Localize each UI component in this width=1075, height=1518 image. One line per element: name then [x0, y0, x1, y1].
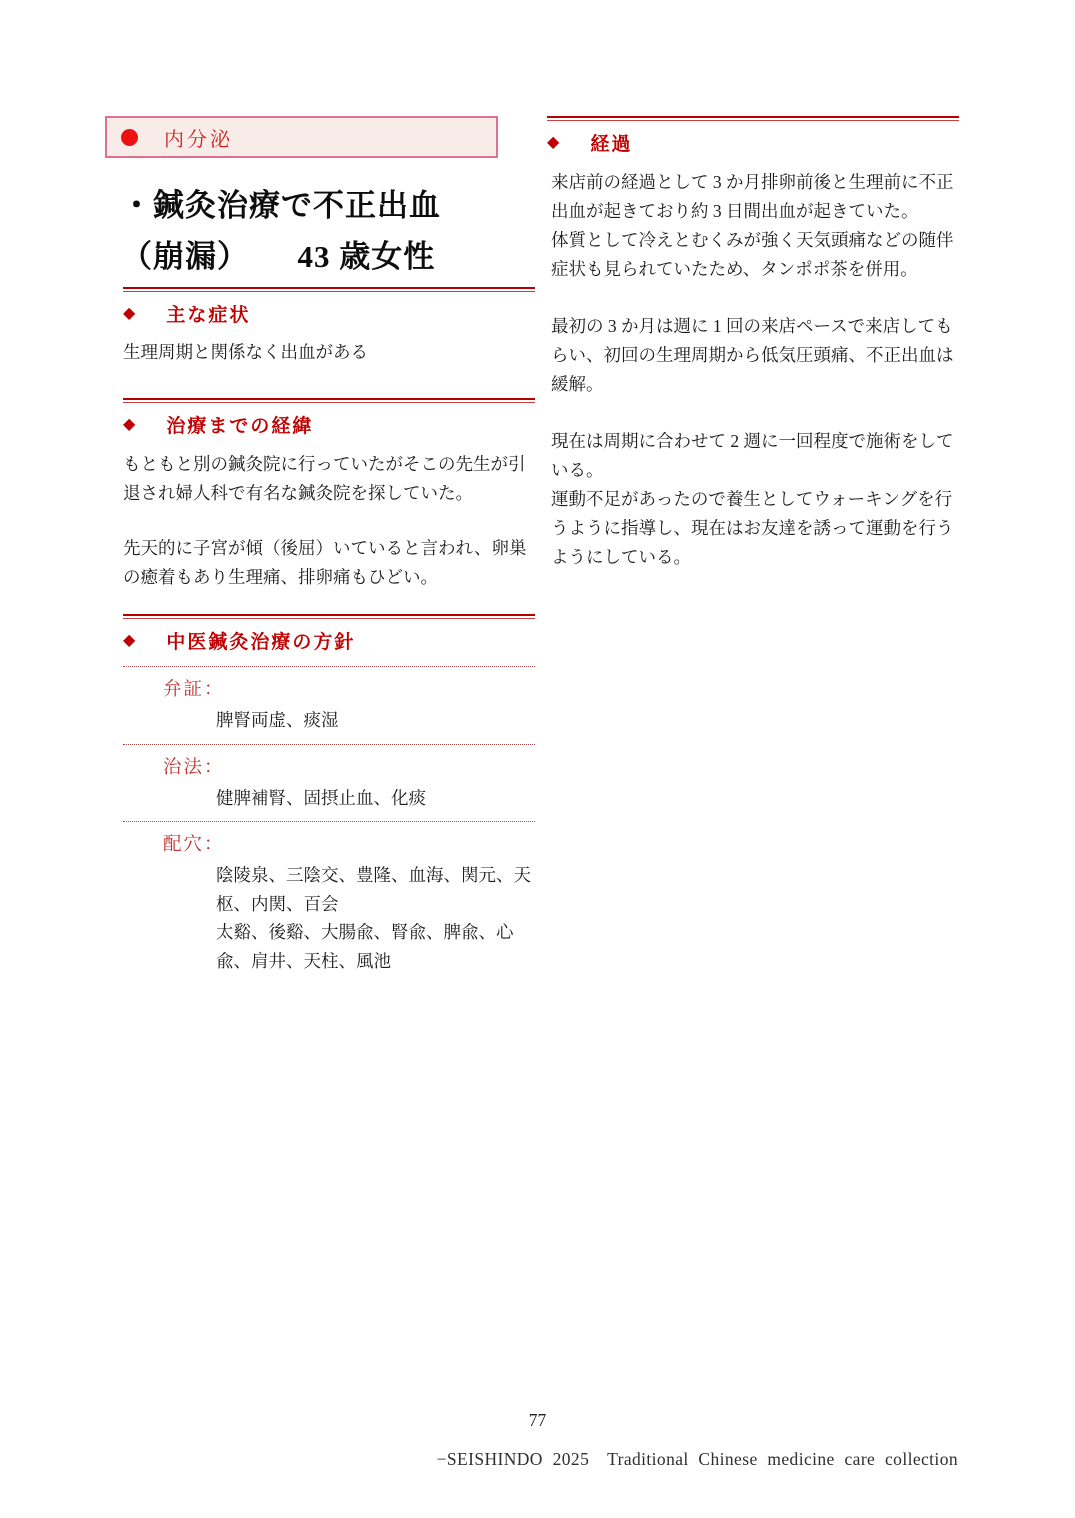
section-heading-policy: ◆ 中医鍼灸治療の方針	[123, 627, 535, 654]
history-paragraph: もともと別の鍼灸院に行っていたがそこの先生が引退され婦人科で有名な鍼灸院を探して…	[123, 450, 535, 508]
red-circle-bullet-icon	[121, 129, 138, 146]
progress-paragraph: 現在は周期に合わせて 2 週に一回程度で施術をしている。 運動不足があったので養…	[547, 427, 959, 572]
page-number: 77	[0, 1410, 1075, 1431]
dotted-divider	[123, 666, 535, 667]
progress-paragraph: 来店前の経過として 3 か月排卵前後と生理前に不正出血が起きており約 3 日間出…	[547, 168, 959, 284]
section-progress: ◆ 経過 来店前の経過として 3 か月排卵前後と生理前に不正出血が起きており約 …	[547, 116, 959, 572]
case-title: ・鍼灸治療で不正出血 （崩漏） 43 歳女性	[121, 180, 551, 282]
dotted-divider	[123, 821, 535, 822]
section-heading-label: 経過	[590, 129, 632, 156]
section-heading-label: 治療までの経緯	[166, 411, 313, 438]
policy-item-value: 脾腎両虚、痰湿	[216, 706, 538, 735]
progress-paragraph: 最初の 3 か月は週に 1 回の来店ペースで来店してもらい、初回の生理周期から低…	[547, 312, 959, 399]
section-heading-symptoms: ◆ 主な症状	[123, 300, 535, 327]
section-heading-progress: ◆ 経過	[547, 129, 959, 156]
section-policy: ◆ 中医鍼灸治療の方針 弁証： 脾腎両虚、痰湿 治法： 健脾補腎、固摂止血、化痰…	[123, 614, 535, 984]
section-rule	[547, 116, 959, 121]
policy-item-value: 陰陵泉、三陰交、豊隆、血海、関元、天枢、内関、百会 太谿、後谿、大腸兪、腎兪、脾…	[216, 861, 538, 975]
diamond-bullet-icon: ◆	[547, 135, 559, 151]
history-paragraph: 先天的に子宮が傾（後屈）いていると言われ、卵巣の癒着もあり生理痛、排卵痛もひどい…	[123, 534, 535, 592]
section-rule	[123, 614, 535, 619]
diamond-bullet-icon: ◆	[123, 633, 135, 649]
category-box: 内分泌	[105, 116, 498, 158]
dotted-divider	[123, 744, 535, 745]
section-heading-history: ◆ 治療までの経緯	[123, 411, 535, 438]
section-rule	[123, 398, 535, 403]
section-history: ◆ 治療までの経緯 もともと別の鍼灸院に行っていたがそこの先生が引退され婦人科で…	[123, 398, 535, 592]
section-heading-label: 中医鍼灸治療の方針	[166, 627, 355, 654]
section-rule	[123, 287, 535, 292]
section-heading-label: 主な症状	[166, 300, 250, 327]
policy-item-value: 健脾補腎、固摂止血、化痰	[216, 784, 538, 813]
section-symptoms: ◆ 主な症状 生理周期と関係なく出血がある	[123, 287, 535, 367]
symptoms-body: 生理周期と関係なく出血がある	[123, 338, 535, 367]
document-page: 内分泌 ・鍼灸治療で不正出血 （崩漏） 43 歳女性 ◆ 主な症状 生理周期と関…	[0, 0, 1075, 1518]
policy-list: 弁証： 脾腎両虚、痰湿 治法： 健脾補腎、固摂止血、化痰 配穴： 陰陵泉、三陰交…	[123, 666, 535, 975]
policy-item-label: 配穴：	[163, 830, 535, 856]
category-label: 内分泌	[164, 123, 233, 152]
policy-item-label: 弁証：	[163, 675, 535, 701]
policy-item-label: 治法：	[163, 753, 535, 779]
diamond-bullet-icon: ◆	[123, 306, 135, 322]
footer-credit: −SEISHINDO 2025 Traditional Chinese medi…	[437, 1446, 958, 1471]
diamond-bullet-icon: ◆	[123, 417, 135, 433]
